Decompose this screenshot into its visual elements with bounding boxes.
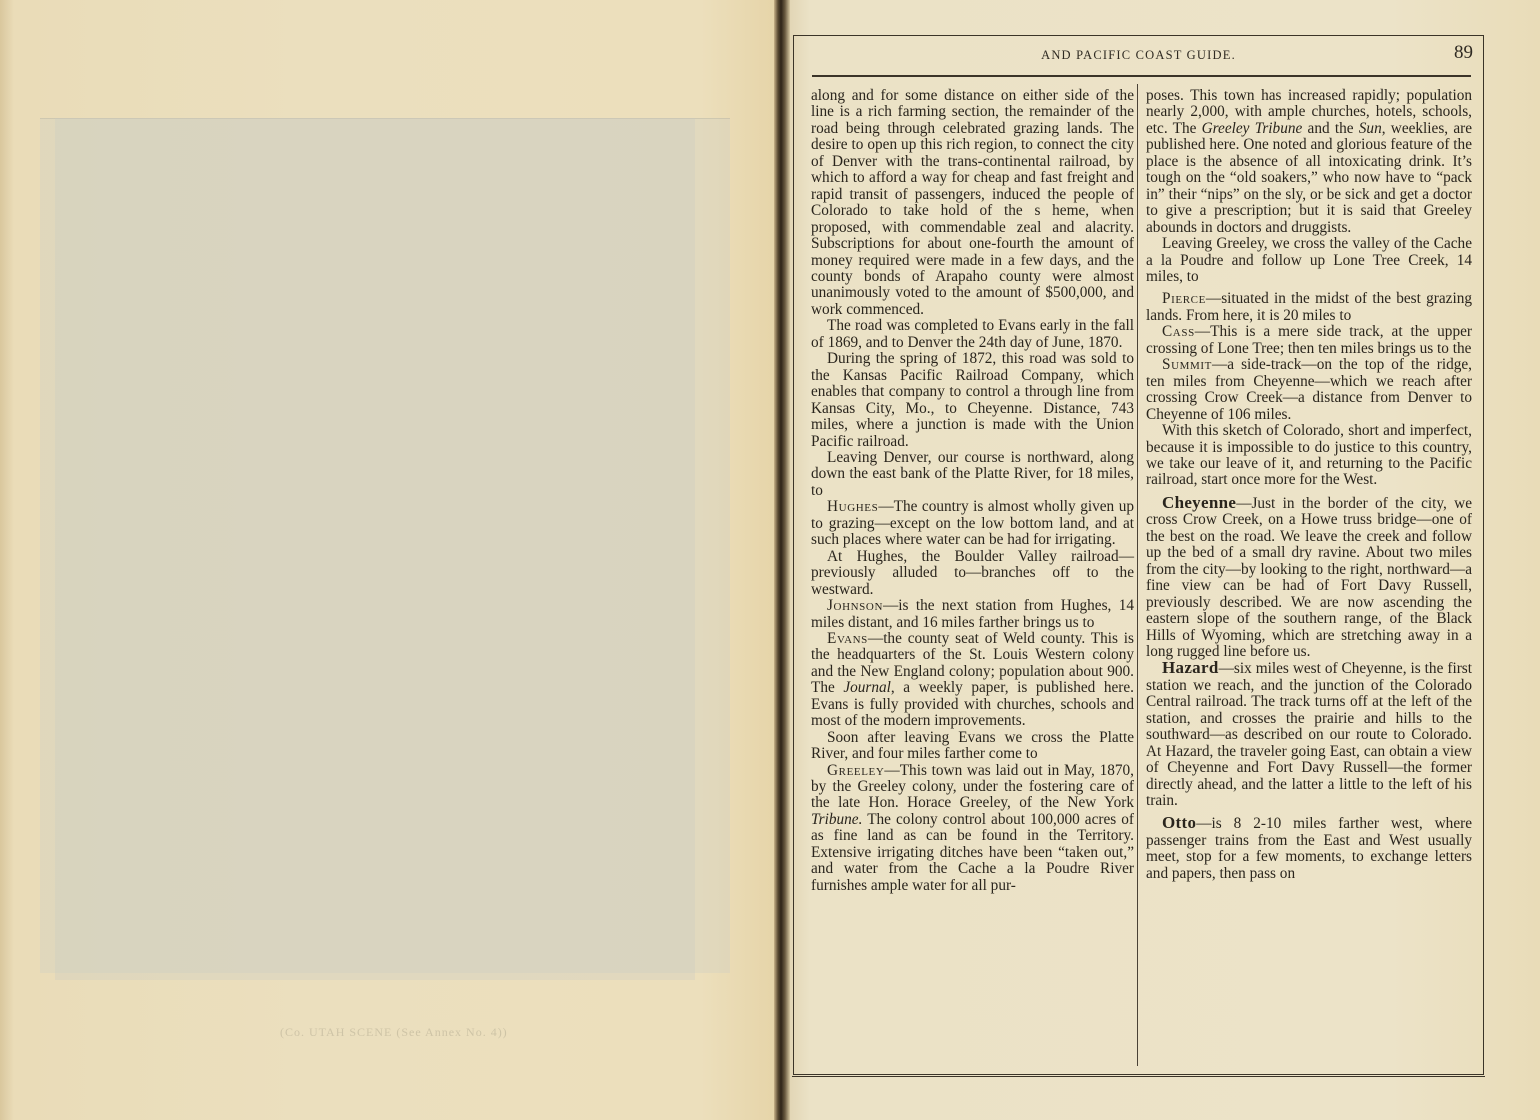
paragraph: Leaving Denver, our course is northward,… [811,450,1134,499]
station-name: Pierce [1162,290,1206,307]
paragraph: With this sketch of Colorado, short and … [1146,423,1472,489]
paragraph: Soon after leaving Evans we cross the Pl… [811,730,1134,763]
station-name: Cass [1162,323,1195,340]
station-entry-pierce: Pierce—situated in the midst of the best… [1146,291,1472,324]
station-entry-evans: Evans—the county seat of Weld county. Th… [811,631,1134,730]
header-rule [812,75,1471,77]
paragraph: At Hughes, the Boulder Valley railroad—p… [811,549,1134,598]
station-entry-hughes: Hughes—The country is almost wholly give… [811,499,1134,548]
paragraph: along and for some distance on either si… [811,88,1134,318]
running-head: AND PACIFIC COAST GUIDE. 89 [794,44,1483,74]
section-heading: Cheyenne [1162,493,1236,512]
book-spread: (Co. UTAH SCENE (See Annex No. 4)) AND P… [0,0,1540,1120]
paragraph: poses. This town has increased rapidly; … [1146,88,1472,236]
station-name: Hughes [827,498,878,515]
page-frame: AND PACIFIC COAST GUIDE. 89 along and fo… [793,35,1484,1075]
paragraph: Leaving Greeley, we cross the valley of … [1146,236,1472,285]
station-entry-greeley: Greeley—This town was laid out in May, 1… [811,763,1134,895]
section-heading: Otto [1162,813,1196,832]
station-entry-summit: Summit—a side-track—on the top of the ri… [1146,357,1472,423]
station-name: Summit [1162,356,1212,373]
show-through-plate-inner [55,118,695,980]
section-otto: Otto—is 8 2-10 miles farther west, where… [1146,815,1472,882]
section-hazard: Hazard—six miles west of Cheyenne, is th… [1146,660,1472,809]
section-heading: Hazard [1162,658,1219,677]
show-through-caption: (Co. UTAH SCENE (See Annex No. 4)) [280,1025,508,1040]
column-divider [1137,84,1138,1066]
station-entry-johnson: Johnson—is the next station from Hughes,… [811,598,1134,631]
right-page: AND PACIFIC COAST GUIDE. 89 along and fo… [790,0,1540,1120]
station-name: Evans [827,630,868,647]
book-gutter [774,0,790,1120]
running-head-title: AND PACIFIC COAST GUIDE. [794,48,1483,63]
paragraph: The road was completed to Evans early in… [811,318,1134,351]
page-number: 89 [1454,42,1473,64]
station-name: Greeley [827,762,884,779]
left-page-blank: (Co. UTAH SCENE (See Annex No. 4)) [0,0,778,1120]
station-entry-cass: Cass—This is a mere side track, at the u… [1146,324,1472,357]
text-column-right: poses. This town has increased rapidly; … [1146,88,1472,882]
paragraph: During the spring of 1872, this road was… [811,351,1134,450]
text-column-left: along and for some distance on either si… [811,88,1134,894]
station-name: Johnson [827,597,883,614]
section-cheyenne: Cheyenne—Just in the border of the city,… [1146,495,1472,661]
